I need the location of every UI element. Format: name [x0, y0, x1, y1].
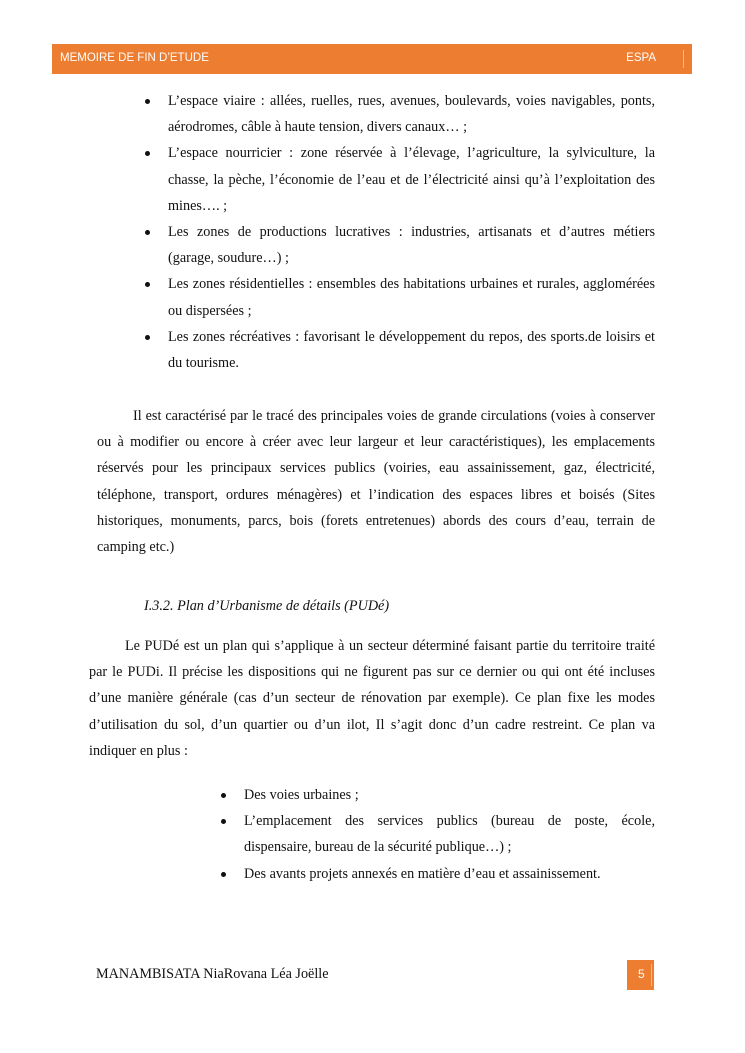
bullet-icon: [221, 819, 226, 824]
list-item: Des avants projets annexés en matière d’…: [221, 861, 655, 887]
page-number: 5: [638, 967, 645, 981]
land-use-list: L’espace viaire : allées, ruelles, rues,…: [145, 88, 655, 376]
bullet-icon: [221, 872, 226, 877]
header-institution: ESPA: [626, 52, 656, 64]
section-heading: I.3.2. Plan d’Urbanisme de détails (PUDé…: [144, 598, 389, 615]
list-item-text: Les zones récréatives : favorisant le dé…: [168, 329, 655, 371]
list-item: Les zones résidentielles : ensembles des…: [145, 271, 655, 323]
bullet-icon: [145, 230, 150, 235]
list-item-text: Les zones de productions lucratives : in…: [168, 224, 655, 266]
footer-author: MANAMBISATA NiaRovana Léa Joëlle: [96, 966, 329, 983]
list-item-text: L’espace viaire : allées, ruelles, rues,…: [168, 93, 655, 135]
bullet-icon: [145, 99, 150, 104]
header-title: MEMOIRE DE FIN D’ETUDE: [60, 52, 209, 64]
page-number-badge: 5: [627, 960, 654, 990]
list-item-text: Des avants projets annexés en matière d’…: [244, 866, 601, 882]
list-item: Les zones de productions lucratives : in…: [145, 219, 655, 271]
pude-list: Des voies urbaines ; L’emplacement des s…: [221, 782, 655, 887]
bullet-icon: [145, 335, 150, 340]
list-item: L’espace viaire : allées, ruelles, rues,…: [145, 88, 655, 140]
bullet-icon: [145, 151, 150, 156]
list-item-text: L’espace nourricier : zone réservée à l’…: [168, 145, 655, 213]
list-item-text: Les zones résidentielles : ensembles des…: [168, 276, 655, 318]
page-header: MEMOIRE DE FIN D’ETUDE ESPA: [52, 44, 692, 74]
header-divider: [683, 50, 684, 68]
list-item: L’emplacement des services publics (bure…: [221, 808, 655, 860]
list-item-text: L’emplacement des services publics (bure…: [244, 813, 655, 855]
list-item: Les zones récréatives : favorisant le dé…: [145, 324, 655, 376]
page-number-divider: [651, 964, 652, 986]
paragraph-pude: Le PUDé est un plan qui s’applique à un …: [89, 633, 655, 764]
list-item: Des voies urbaines ;: [221, 782, 655, 808]
bullet-icon: [145, 282, 150, 287]
list-item-text: Des voies urbaines ;: [244, 787, 359, 803]
bullet-icon: [221, 793, 226, 798]
list-item: L’espace nourricier : zone réservée à l’…: [145, 140, 655, 219]
paragraph-characteristics: Il est caractérisé par le tracé des prin…: [97, 403, 655, 560]
